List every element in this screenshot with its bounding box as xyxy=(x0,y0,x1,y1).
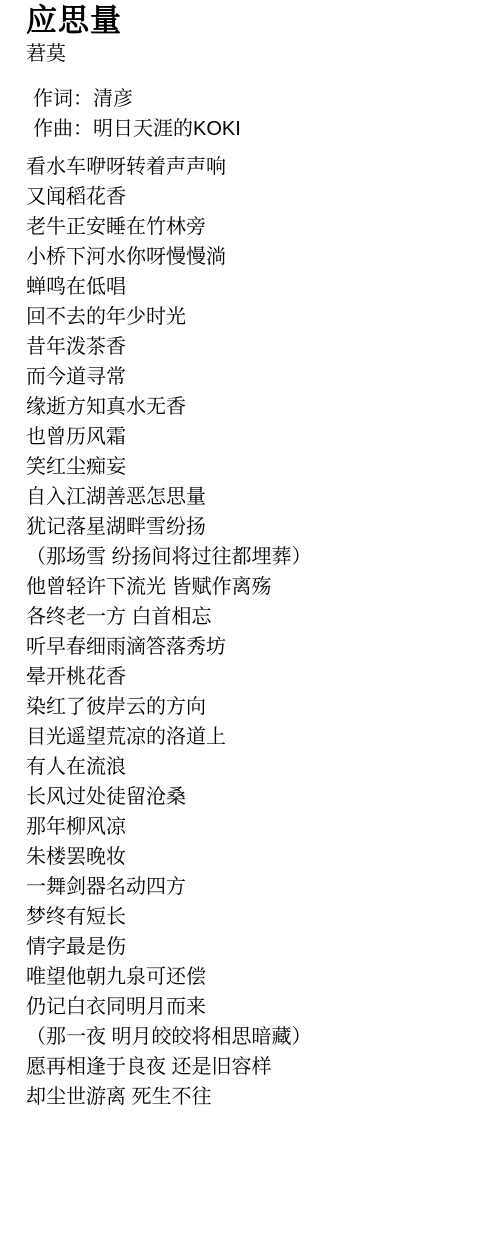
lyric-line: 却尘世游离 死生不往 xyxy=(26,1082,492,1112)
lyric-line: 看水车咿呀转着声声响 xyxy=(26,152,492,182)
lyric-line: 晕开桃花香 xyxy=(26,662,492,692)
lyric-line: 那年柳风凉 xyxy=(26,812,492,842)
lyric-line: （那一夜 明月皎皎将相思暗藏） xyxy=(26,1022,492,1052)
lyric-line: 听早春细雨滴答落秀坊 xyxy=(26,632,492,662)
lyric-line: 缘逝方知真水无香 xyxy=(26,392,492,422)
lyric-line: 犹记落星湖畔雪纷扬 xyxy=(26,512,492,542)
lyric-line: 老牛正安睡在竹林旁 xyxy=(26,212,492,242)
artist-name: 莙莫 xyxy=(26,41,492,67)
lyric-line: 各终老一方 白首相忘 xyxy=(26,602,492,632)
lyric-line: 蝉鸣在低唱 xyxy=(26,272,492,302)
lyric-line: 朱楼罢晚妆 xyxy=(26,842,492,872)
lyric-line: 一舞剑器名动四方 xyxy=(26,872,492,902)
lyric-line: 梦终有短长 xyxy=(26,902,492,932)
lyric-line: 回不去的年少时光 xyxy=(26,302,492,332)
lyric-line: 目光遥望荒凉的洛道上 xyxy=(26,722,492,752)
credit-line: 作曲：明日天涯的KOKI xyxy=(26,114,492,144)
lyric-line: 长风过处徒留沧桑 xyxy=(26,782,492,812)
lyric-line: 自入江湖善恶怎思量 xyxy=(26,482,492,512)
lyric-line: 笑红尘痴妄 xyxy=(26,452,492,482)
lyric-line: 也曾历风霜 xyxy=(26,422,492,452)
lyric-line: 小桥下河水你呀慢慢淌 xyxy=(26,242,492,272)
credit-line: 作词：清彦 xyxy=(26,84,492,114)
lyric-line: 仍记白衣同明月而来 xyxy=(26,992,492,1022)
lyric-line: 昔年泼茶香 xyxy=(26,332,492,362)
lyric-line: 情字最是伤 xyxy=(26,932,492,962)
lyric-line: 染红了彼岸云的方向 xyxy=(26,692,492,722)
credits-block: 作词：清彦作曲：明日天涯的KOKI xyxy=(26,84,492,144)
lyric-line: 他曾轻许下流光 皆赋作离殇 xyxy=(26,572,492,602)
lyric-line: 有人在流浪 xyxy=(26,752,492,782)
song-title: 应思量 xyxy=(26,4,492,38)
lyrics-page: 应思量 莙莫 作词：清彦作曲：明日天涯的KOKI 看水车咿呀转着声声响又闻稻花香… xyxy=(0,0,500,1112)
lyrics-block: 看水车咿呀转着声声响又闻稻花香老牛正安睡在竹林旁小桥下河水你呀慢慢淌蝉鸣在低唱回… xyxy=(26,152,492,1112)
lyric-line: 唯望他朝九泉可还偿 xyxy=(26,962,492,992)
lyric-line: 又闻稻花香 xyxy=(26,182,492,212)
lyric-line: 愿再相逢于良夜 还是旧容样 xyxy=(26,1052,492,1082)
lyric-line: 而今道寻常 xyxy=(26,362,492,392)
lyric-line: （那场雪 纷扬间将过往都埋葬） xyxy=(26,542,492,572)
